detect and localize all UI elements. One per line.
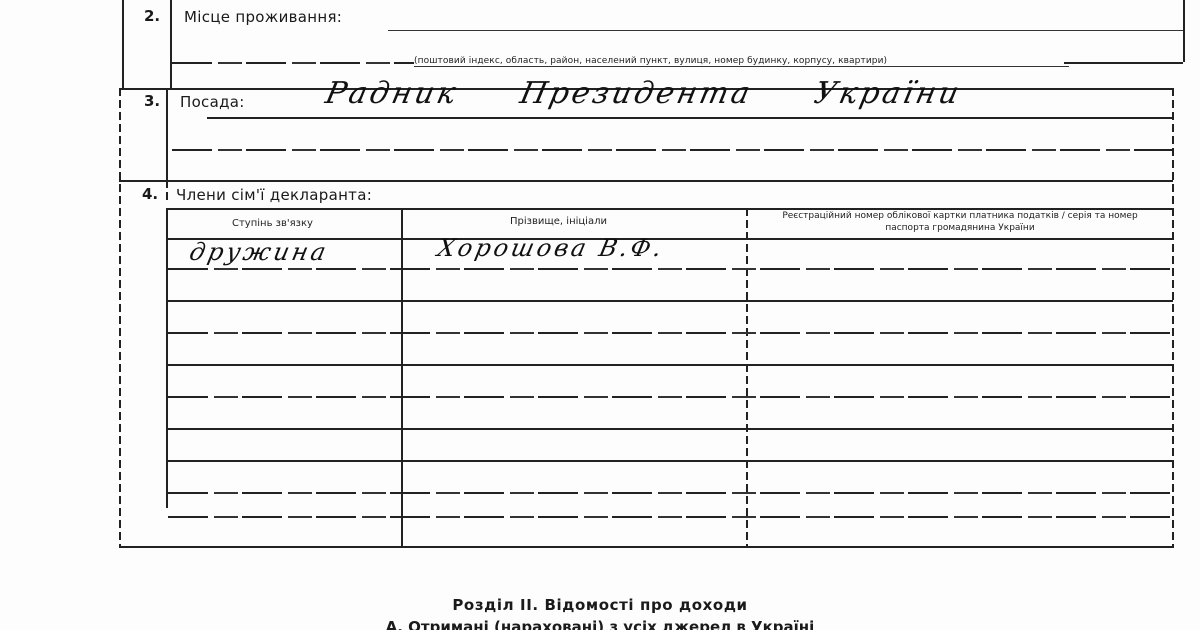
header-id: Реєстраційний номер облікової картки пла… [760, 210, 1160, 234]
position-value[interactable]: Радник Президента України [322, 76, 965, 111]
item-number: 4. [142, 185, 158, 203]
table-left-border [166, 208, 168, 508]
number-column-divider [166, 88, 168, 180]
row-line [168, 516, 1173, 518]
row-line [168, 428, 1173, 430]
form-left-border-lower [119, 88, 121, 548]
section-2-subtitle: А. Отримані (нараховані) з усіх джерел в… [0, 618, 1200, 630]
relation-cell[interactable]: дружина [187, 238, 331, 266]
position-input-line-1[interactable] [207, 117, 1173, 119]
row-line [168, 332, 1173, 334]
name-cell[interactable]: Хорошова В.Ф. [435, 234, 667, 262]
table-col-divider-1 [401, 208, 403, 546]
family-members-label: Члени сім'ї декларанта: [176, 186, 372, 204]
row-line [168, 492, 1173, 494]
item-number: 3. [144, 92, 160, 110]
residence-caption: (поштовий індекс, область, район, населе… [414, 56, 1069, 67]
row-line [168, 460, 1173, 462]
header-relation: Ступінь зв'язку [232, 218, 313, 229]
residence-input-line-2[interactable] [172, 62, 414, 64]
residence-input-line-1[interactable] [388, 30, 1183, 31]
item-number: 2. [144, 7, 160, 25]
form-left-border [122, 0, 124, 88]
id-cell[interactable] [760, 246, 1160, 266]
row-line [168, 396, 1173, 398]
section-2-title: Розділ II. Відомості про доходи [0, 596, 1200, 614]
row-line [168, 364, 1173, 366]
position-label: Посада: [180, 93, 245, 111]
number-column-divider [170, 0, 172, 88]
number-column-divider [166, 180, 168, 200]
residence-label: Місце проживання: [184, 8, 342, 26]
form-bottom-border [119, 546, 1173, 548]
table-col-divider-2 [746, 208, 748, 546]
position-input-line-2[interactable] [172, 149, 1173, 151]
row-divider-3-4 [119, 180, 1173, 182]
residence-input-line-3[interactable] [1064, 62, 1183, 64]
row-line [168, 300, 1173, 302]
header-name: Прізвище, ініціали [510, 216, 607, 227]
section-2-heading: Розділ II. Відомості про доходи А. Отрим… [0, 596, 1200, 630]
form-right-border-lower [1172, 88, 1174, 548]
form-right-border [1183, 0, 1185, 62]
row-line [168, 268, 1173, 270]
